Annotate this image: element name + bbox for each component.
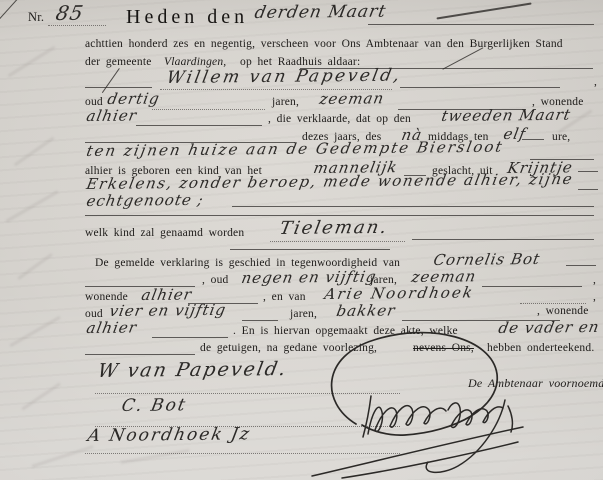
birth-certificate-scan: Nr. 85 Heden den derden Maart achttien h… bbox=[0, 0, 603, 480]
official-signature-flourish bbox=[0, 0, 603, 480]
